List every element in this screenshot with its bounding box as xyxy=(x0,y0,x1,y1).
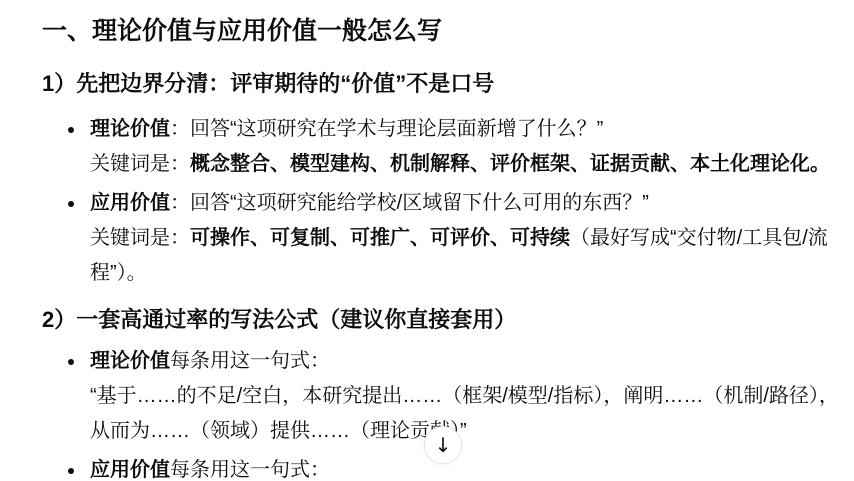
arrow-down-icon: ↓ xyxy=(435,435,452,455)
text-run: 每条用这一句式： xyxy=(170,350,330,372)
text-run: 关键词是： xyxy=(90,227,190,249)
text-run: “基于……的不足/空白，本研究提出……（框架/模型/指标），阐明……（机制/路径… xyxy=(90,385,839,407)
text-line: “基于……的不足/空白，本研究提出……（框架/模型/指标），阐明……（机制/路径… xyxy=(90,379,839,414)
text-line: 关键词是：可操作、可复制、可推广、可评价、可持续（最好写成“交付物/工具包/流 xyxy=(90,221,828,256)
section-1-heading: 1）先把边界分清：评审期待的“价值”不是口号 xyxy=(42,70,854,98)
list-item: 理论价值每条用这一句式： “基于……的不足/空白，本研究提出……（框架/模型/指… xyxy=(68,344,854,449)
text-run: 程”）。 xyxy=(90,262,147,284)
text-run-bold: 理论价值 xyxy=(90,350,170,372)
text-run: ：回答“这项研究能给学校/区域留下什么可用的东西？” xyxy=(170,192,649,214)
text-run-bold: 应用价值 xyxy=(90,459,170,481)
list-item: 应用价值：回答“这项研究能给学校/区域留下什么可用的东西？” 关键词是：可操作、… xyxy=(68,186,854,291)
text-run-bold: 理论价值 xyxy=(90,118,170,140)
text-line: 从而为……（领域）提供……（理论贡献）” xyxy=(90,414,839,449)
text-line: 应用价值：回答“这项研究能给学校/区域留下什么可用的东西？” xyxy=(90,186,828,221)
text-line: 程”）。 xyxy=(90,256,828,291)
bullet-icon xyxy=(68,201,74,207)
text-run-bold: 应用价值 xyxy=(90,192,170,214)
text-line: 应用价值每条用这一句式： xyxy=(90,453,330,481)
text-line: 理论价值每条用这一句式： xyxy=(90,344,839,379)
bullet-icon xyxy=(68,127,74,133)
list-item: 理论价值：回答“这项研究在学术与理论层面新增了什么？” 关键词是：概念整合、模型… xyxy=(68,112,854,182)
text-run: 关键词是： xyxy=(90,153,190,175)
bullet-icon xyxy=(68,359,74,365)
text-run: 从而为……（领域）提供……（理论贡献）” xyxy=(90,420,467,442)
text-line: 理论价值：回答“这项研究在学术与理论层面新增了什么？” xyxy=(90,112,830,147)
bullet-icon xyxy=(68,468,74,474)
list-item-body: 理论价值：回答“这项研究在学术与理论层面新增了什么？” 关键词是：概念整合、模型… xyxy=(90,112,830,182)
document-page: 一、理论价值与应用价值一般怎么写 1）先把边界分清：评审期待的“价值”不是口号 … xyxy=(0,0,854,481)
page-title: 一、理论价值与应用价值一般怎么写 xyxy=(42,16,854,46)
section-2-bullet-list: 理论价值每条用这一句式： “基于……的不足/空白，本研究提出……（框架/模型/指… xyxy=(0,344,854,481)
text-run-bold: 可操作、可复制、可推广、可评价、可持续 xyxy=(190,227,570,249)
text-run-bold: 概念整合、模型建构、机制解释、评价框架、证据贡献、本土化理论化。 xyxy=(190,153,830,175)
list-item-body: 应用价值每条用这一句式： xyxy=(90,453,330,481)
list-item-body: 应用价值：回答“这项研究能给学校/区域留下什么可用的东西？” 关键词是：可操作、… xyxy=(90,186,828,291)
section-1-bullet-list: 理论价值：回答“这项研究在学术与理论层面新增了什么？” 关键词是：概念整合、模型… xyxy=(0,112,854,291)
text-run: （最好写成“交付物/工具包/流 xyxy=(570,227,828,249)
text-run: ：回答“这项研究在学术与理论层面新增了什么？” xyxy=(170,118,603,140)
scroll-to-bottom-button[interactable]: ↓ xyxy=(424,426,462,464)
text-run: 每条用这一句式： xyxy=(170,459,330,481)
list-item-body: 理论价值每条用这一句式： “基于……的不足/空白，本研究提出……（框架/模型/指… xyxy=(90,344,839,449)
list-item: 应用价值每条用这一句式： xyxy=(68,453,854,481)
text-line: 关键词是：概念整合、模型建构、机制解释、评价框架、证据贡献、本土化理论化。 xyxy=(90,147,830,182)
section-2-heading: 2）一套高通过率的写法公式（建议你直接套用） xyxy=(42,306,854,334)
